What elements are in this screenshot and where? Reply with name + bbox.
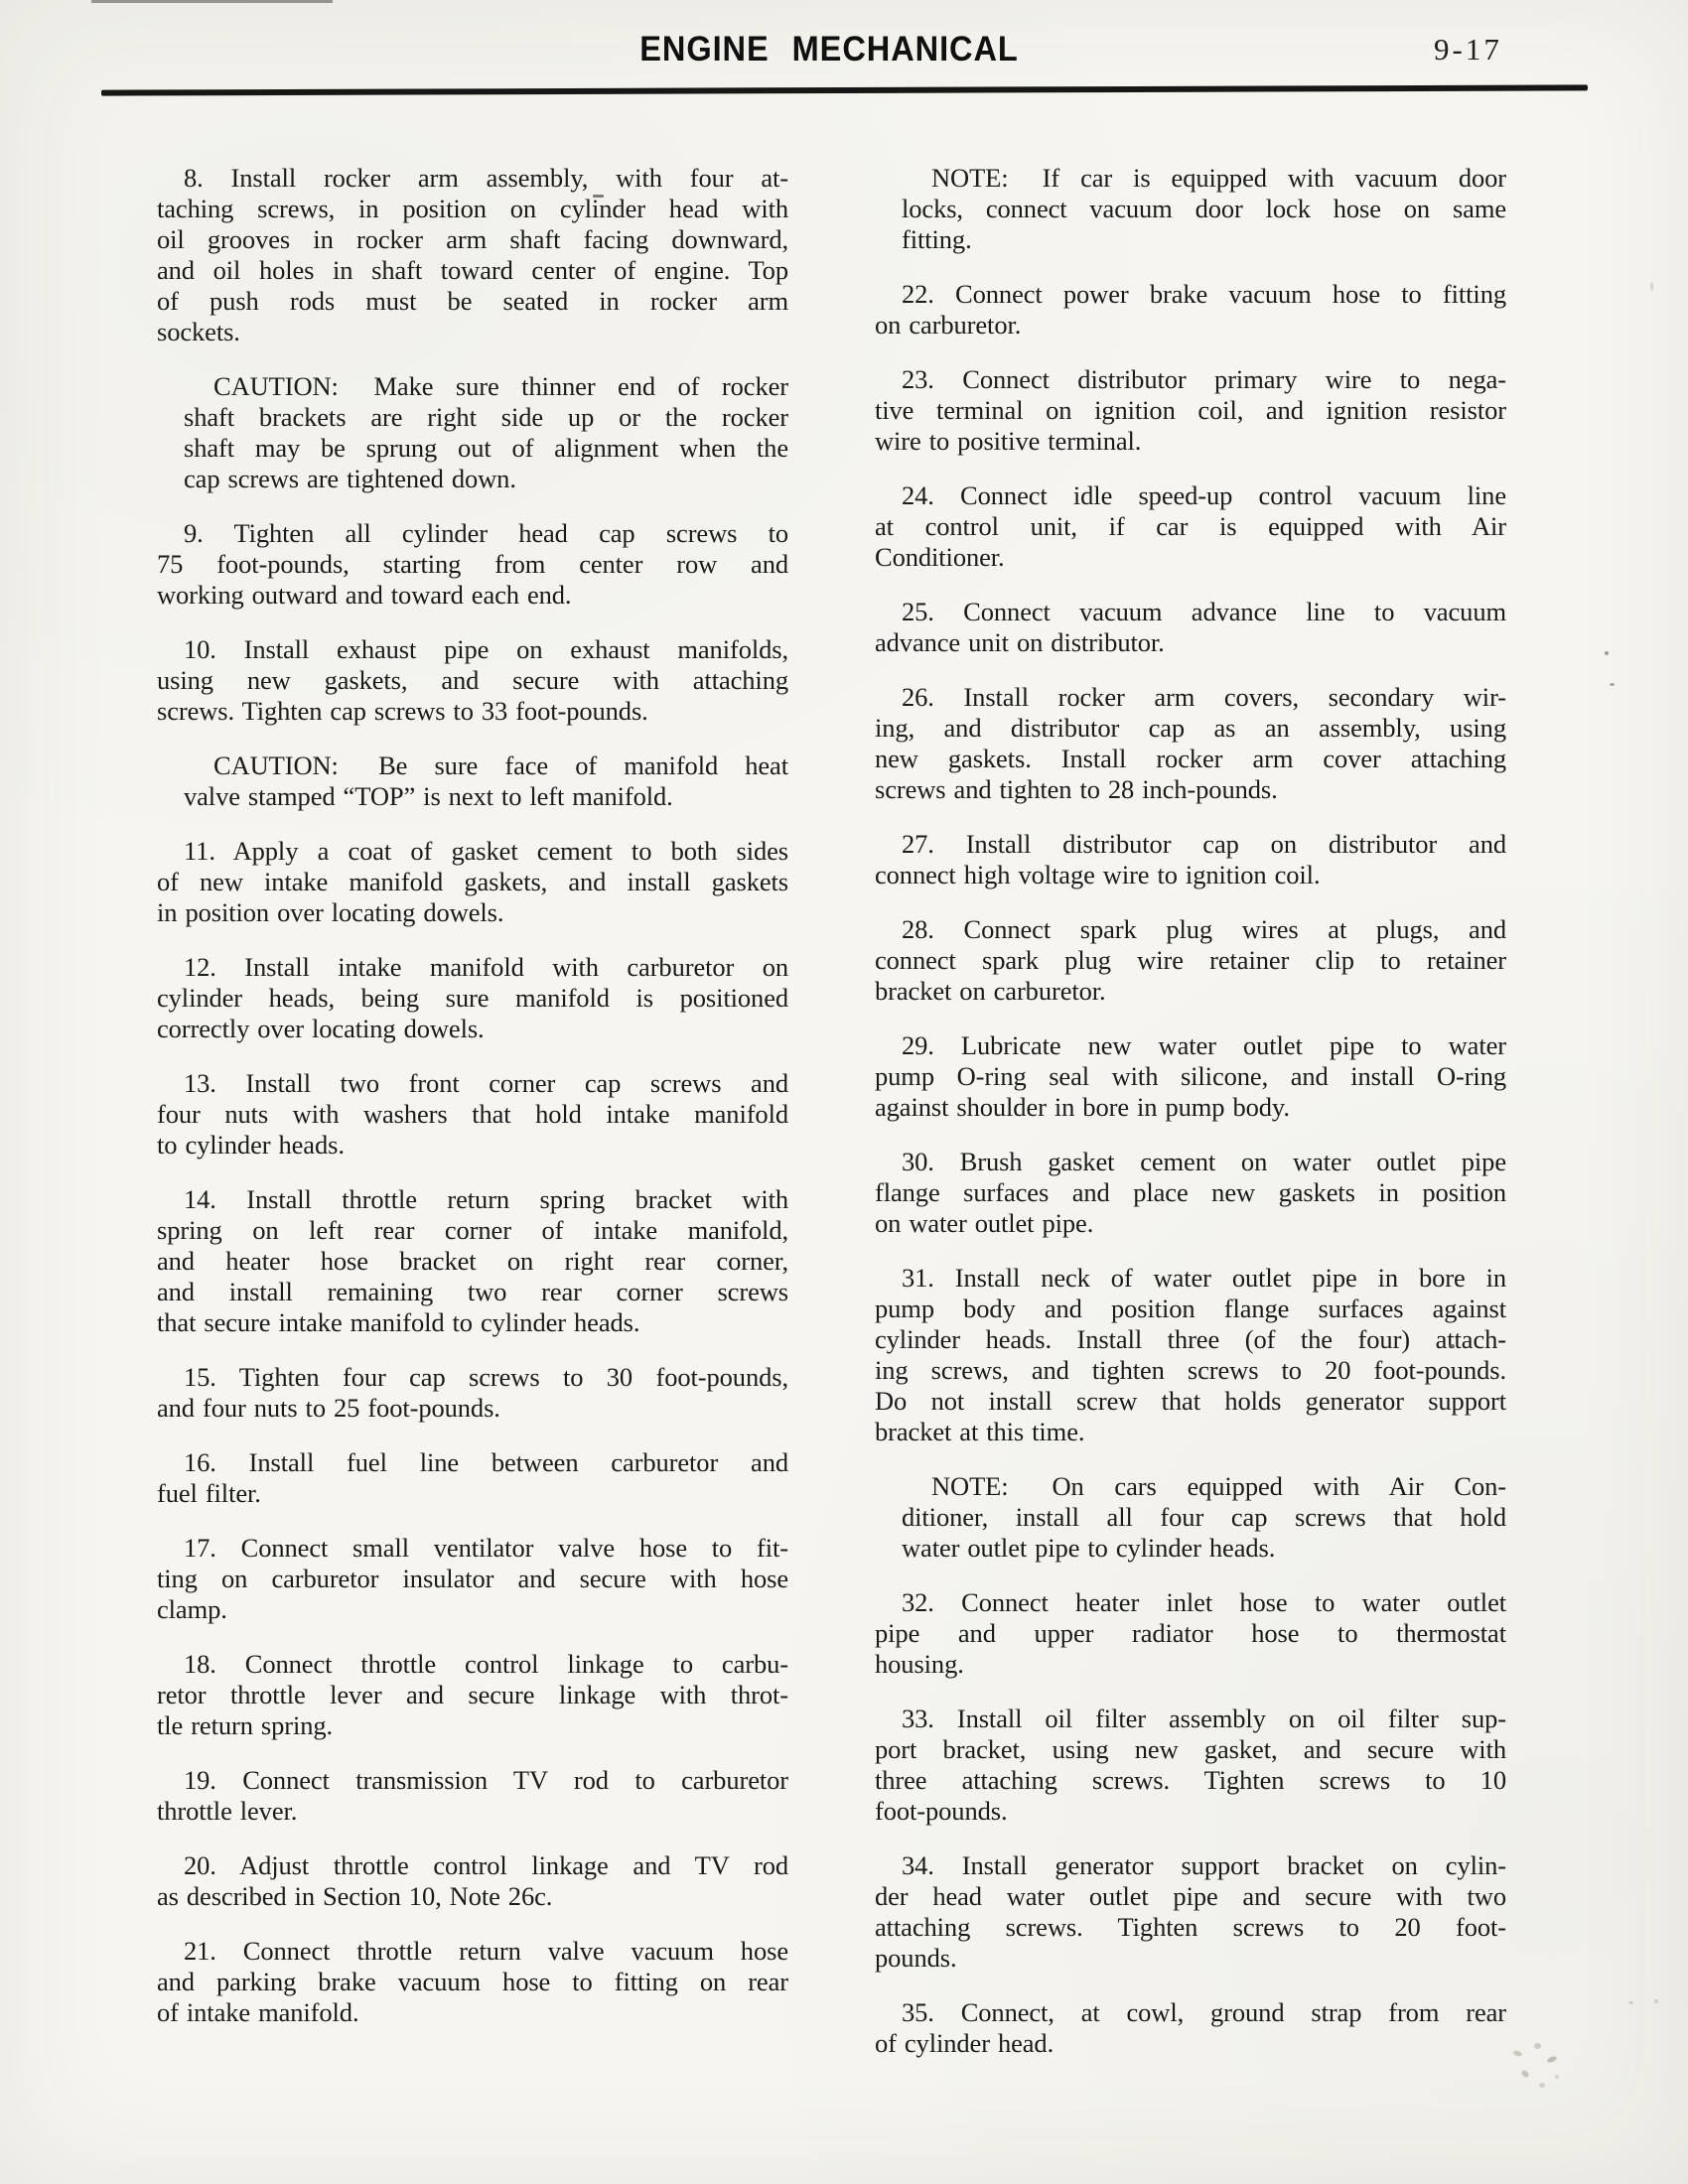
text-line: that secure intake manifold to cylinder … xyxy=(157,1307,788,1338)
text-line: 28. Connect spark plug wires at plugs, a… xyxy=(875,914,1506,945)
text-line: bracket on carburetor. xyxy=(875,976,1506,1007)
text-line: oil grooves in rocker arm shaft facing d… xyxy=(157,224,788,255)
ink-speck xyxy=(1650,282,1653,291)
note-paragraph: CAUTION: Be sure face of manifold heatva… xyxy=(184,751,788,812)
step-paragraph: 17. Connect small ventilator valve hose … xyxy=(157,1533,788,1625)
text-line: Do not install screw that holds generato… xyxy=(875,1386,1506,1417)
text-line: pump O-ring seal with silicone, and inst… xyxy=(875,1061,1506,1092)
text-line: 12. Install intake manifold with carbure… xyxy=(157,952,788,983)
text-line: 30. Brush gasket cement on water outlet … xyxy=(875,1147,1506,1177)
text-line: 18. Connect throttle control linkage to … xyxy=(157,1649,788,1680)
pencil-smudge xyxy=(1555,2075,1559,2079)
text-line: and four nuts to 25 foot-pounds. xyxy=(157,1393,788,1424)
page-number: 9-17 xyxy=(1434,32,1502,68)
text-line: 33. Install oil filter assembly on oil f… xyxy=(875,1704,1506,1734)
text-line: 23. Connect distributor primary wire to … xyxy=(875,364,1506,395)
text-line: 24. Connect idle speed-up control vacuum… xyxy=(875,480,1506,511)
text-line: 27. Install distributor cap on distribut… xyxy=(875,829,1506,860)
text-line: of cylinder head. xyxy=(875,2028,1506,2059)
text-line: 19. Connect transmission TV rod to carbu… xyxy=(157,1765,788,1796)
text-line: 17. Connect small ventilator valve hose … xyxy=(157,1533,788,1564)
step-paragraph: 19. Connect transmission TV rod to carbu… xyxy=(157,1765,788,1827)
pencil-smudge xyxy=(1520,2069,1530,2079)
text-line: and parking brake vacuum hose to fitting… xyxy=(157,1967,788,1997)
text-line: Conditioner. xyxy=(875,542,1506,573)
step-paragraph: 25. Connect vacuum advance line to vacuu… xyxy=(875,597,1506,658)
text-line: pipe and upper radiator hose to thermost… xyxy=(875,1618,1506,1649)
text-line: of push rods must be seated in rocker ar… xyxy=(157,286,788,317)
pencil-smudge xyxy=(1534,2043,1541,2049)
text-line: 34. Install generator support bracket on… xyxy=(875,1850,1506,1881)
scan-edge-artifact xyxy=(91,0,333,3)
text-line: 31. Install neck of water outlet pipe in… xyxy=(875,1263,1506,1294)
ink-speck xyxy=(1605,651,1609,655)
step-paragraph: 33. Install oil filter assembly on oil f… xyxy=(875,1704,1506,1827)
step-paragraph: 14. Install throttle return spring brack… xyxy=(157,1184,788,1338)
text-line: screws and tighten to 28 inch-pounds. xyxy=(875,774,1506,805)
text-line: CAUTION: Be sure face of manifold heat xyxy=(184,751,788,781)
step-paragraph: 26. Install rocker arm covers, secondary… xyxy=(875,682,1506,805)
step-paragraph: 23. Connect distributor primary wire to … xyxy=(875,364,1506,457)
text-line: ing, and distributor cap as an assembly,… xyxy=(875,713,1506,744)
step-paragraph: 35. Connect, at cowl, ground strap from … xyxy=(875,1997,1506,2059)
step-paragraph: 8. Install rocker arm assembly, with fou… xyxy=(157,163,788,347)
text-line: attaching screws. Tighten screws to 20 f… xyxy=(875,1912,1506,1943)
text-line: of new intake manifold gaskets, and inst… xyxy=(157,867,788,897)
text-line: cylinder heads. Install three (of the fo… xyxy=(875,1324,1506,1355)
text-line: 26. Install rocker arm covers, secondary… xyxy=(875,682,1506,713)
text-line: pounds. xyxy=(875,1943,1506,1974)
text-line: 29. Lubricate new water outlet pipe to w… xyxy=(875,1030,1506,1061)
step-paragraph: 9. Tighten all cylinder head cap screws … xyxy=(157,518,788,611)
text-line: connect high voltage wire to ignition co… xyxy=(875,860,1506,890)
step-paragraph: 21. Connect throttle return valve vacuum… xyxy=(157,1936,788,2028)
text-line: wire to positive terminal. xyxy=(875,426,1506,457)
text-line: working outward and toward each end. xyxy=(157,580,788,611)
text-line: 10. Install exhaust pipe on exhaust mani… xyxy=(157,634,788,665)
text-line: CAUTION: Make sure thinner end of rocker xyxy=(184,371,788,402)
text-line: sockets. xyxy=(157,317,788,347)
step-paragraph: 18. Connect throttle control linkage to … xyxy=(157,1649,788,1741)
text-line: 32. Connect heater inlet hose to water o… xyxy=(875,1587,1506,1618)
text-line: clamp. xyxy=(157,1594,788,1625)
note-paragraph: CAUTION: Make sure thinner end of rocker… xyxy=(184,371,788,494)
text-line: ditioner, install all four cap screws th… xyxy=(902,1502,1506,1533)
text-line: and oil holes in shaft toward center of … xyxy=(157,255,788,286)
text-line: 35. Connect, at cowl, ground strap from … xyxy=(875,1997,1506,2028)
text-line: shaft may be sprung out of alignment whe… xyxy=(184,433,788,464)
text-line: 20. Adjust throttle control linkage and … xyxy=(157,1850,788,1881)
text-line: against shoulder in bore in pump body. xyxy=(875,1092,1506,1123)
text-line: NOTE: If car is equipped with vacuum doo… xyxy=(902,163,1506,194)
page-title: ENGINE MECHANICAL xyxy=(58,30,1600,69)
text-line: and heater hose bracket on right rear co… xyxy=(157,1246,788,1277)
text-line: spring on left rear corner of intake man… xyxy=(157,1215,788,1246)
text-line: tive terminal on ignition coil, and igni… xyxy=(875,395,1506,426)
text-line: three attaching screws. Tighten screws t… xyxy=(875,1765,1506,1796)
text-line: der head water outlet pipe and secure wi… xyxy=(875,1881,1506,1912)
step-paragraph: 28. Connect spark plug wires at plugs, a… xyxy=(875,914,1506,1007)
text-line: connect spark plug wire retainer clip to… xyxy=(875,945,1506,976)
text-line: retor throttle lever and secure linkage … xyxy=(157,1680,788,1710)
text-line: 25. Connect vacuum advance line to vacuu… xyxy=(875,597,1506,627)
text-line: ting on carburetor insulator and secure … xyxy=(157,1564,788,1594)
text-line: four nuts with washers that hold intake … xyxy=(157,1099,788,1130)
step-paragraph: 10. Install exhaust pipe on exhaust mani… xyxy=(157,634,788,727)
text-line: in position over locating dowels. xyxy=(157,897,788,928)
step-paragraph: 29. Lubricate new water outlet pipe to w… xyxy=(875,1030,1506,1123)
text-line: 21. Connect throttle return valve vacuum… xyxy=(157,1936,788,1967)
note-paragraph: NOTE: On cars equipped with Air Con-diti… xyxy=(902,1471,1506,1564)
note-paragraph: NOTE: If car is equipped with vacuum doo… xyxy=(902,163,1506,255)
header-rule xyxy=(101,84,1588,95)
manual-page: ENGINE MECHANICAL 9-17 8. Install rocker… xyxy=(0,0,1688,2184)
step-paragraph: 30. Brush gasket cement on water outlet … xyxy=(875,1147,1506,1239)
text-line: 22. Connect power brake vacuum hose to f… xyxy=(875,279,1506,310)
right-column: NOTE: If car is equipped with vacuum doo… xyxy=(875,163,1506,2083)
text-line: 11. Apply a coat of gasket cement to bot… xyxy=(157,836,788,867)
step-paragraph: 20. Adjust throttle control linkage and … xyxy=(157,1850,788,1912)
step-paragraph: 24. Connect idle speed-up control vacuum… xyxy=(875,480,1506,573)
text-line: screws. Tighten cap screws to 33 foot-po… xyxy=(157,696,788,727)
step-paragraph: 31. Install neck of water outlet pipe in… xyxy=(875,1263,1506,1447)
ink-speck xyxy=(1610,683,1615,686)
ink-speck xyxy=(1449,1344,1455,1348)
ink-speck xyxy=(1654,1999,1658,2003)
text-line: fitting. xyxy=(902,224,1506,255)
text-line: water outlet pipe to cylinder heads. xyxy=(902,1533,1506,1564)
text-line: port bracket, using new gasket, and secu… xyxy=(875,1734,1506,1765)
text-line: 13. Install two front corner cap screws … xyxy=(157,1068,788,1099)
pencil-smudge xyxy=(1546,2055,1557,2063)
text-line: correctly over locating dowels. xyxy=(157,1014,788,1044)
step-paragraph: 13. Install two front corner cap screws … xyxy=(157,1068,788,1160)
pencil-smudge xyxy=(1539,2083,1545,2088)
step-paragraph: 16. Install fuel line between carburetor… xyxy=(157,1447,788,1509)
text-line: cap screws are tightened down. xyxy=(184,464,788,494)
text-line: housing. xyxy=(875,1649,1506,1680)
text-line: throttle lever. xyxy=(157,1796,788,1827)
text-line: fuel filter. xyxy=(157,1478,788,1509)
text-line: foot-pounds. xyxy=(875,1796,1506,1827)
text-line: shaft brackets are right side up or the … xyxy=(184,402,788,433)
text-line: on water outlet pipe. xyxy=(875,1208,1506,1239)
text-line: of intake manifold. xyxy=(157,1997,788,2028)
text-line: 16. Install fuel line between carburetor… xyxy=(157,1447,788,1478)
text-line: cylinder heads, being sure manifold is p… xyxy=(157,983,788,1014)
text-line: ing screws, and tighten screws to 20 foo… xyxy=(875,1355,1506,1386)
text-line: flange surfaces and place new gaskets in… xyxy=(875,1177,1506,1208)
text-line: 15. Tighten four cap screws to 30 foot-p… xyxy=(157,1362,788,1393)
text-line: taching screws, in position on cylinder … xyxy=(157,194,788,224)
step-paragraph: 27. Install distributor cap on distribut… xyxy=(875,829,1506,890)
step-paragraph: 15. Tighten four cap screws to 30 foot-p… xyxy=(157,1362,788,1424)
text-line: new gaskets. Install rocker arm cover at… xyxy=(875,744,1506,774)
text-line: 75 foot-pounds, starting from center row… xyxy=(157,549,788,580)
text-line: to cylinder heads. xyxy=(157,1130,788,1160)
text-line: at control unit, if car is equipped with… xyxy=(875,511,1506,542)
text-line: and install remaining two rear corner sc… xyxy=(157,1277,788,1307)
text-line: NOTE: On cars equipped with Air Con- xyxy=(902,1471,1506,1502)
text-line: 8. Install rocker arm assembly, with fou… xyxy=(157,163,788,194)
text-line: advance unit on distributor. xyxy=(875,627,1506,658)
text-line: using new gaskets, and secure with attac… xyxy=(157,665,788,696)
text-line: pump body and position flange surfaces a… xyxy=(875,1294,1506,1324)
text-line: 9. Tighten all cylinder head cap screws … xyxy=(157,518,788,549)
ink-speck xyxy=(593,195,604,198)
step-paragraph: 32. Connect heater inlet hose to water o… xyxy=(875,1587,1506,1680)
ink-speck xyxy=(1628,2001,1633,2004)
text-line: 14. Install throttle return spring brack… xyxy=(157,1184,788,1215)
text-line: valve stamped “TOP” is next to left mani… xyxy=(184,781,788,812)
step-paragraph: 22. Connect power brake vacuum hose to f… xyxy=(875,279,1506,341)
step-paragraph: 11. Apply a coat of gasket cement to bot… xyxy=(157,836,788,928)
text-line: tle return spring. xyxy=(157,1710,788,1741)
left-column: 8. Install rocker arm assembly, with fou… xyxy=(157,163,788,2052)
text-line: locks, connect vacuum door lock hose on … xyxy=(902,194,1506,224)
text-line: as described in Section 10, Note 26c. xyxy=(157,1881,788,1912)
text-line: on carburetor. xyxy=(875,310,1506,341)
step-paragraph: 34. Install generator support bracket on… xyxy=(875,1850,1506,1974)
pencil-smudge xyxy=(1512,2050,1522,2058)
step-paragraph: 12. Install intake manifold with carbure… xyxy=(157,952,788,1044)
text-line: bracket at this time. xyxy=(875,1417,1506,1447)
